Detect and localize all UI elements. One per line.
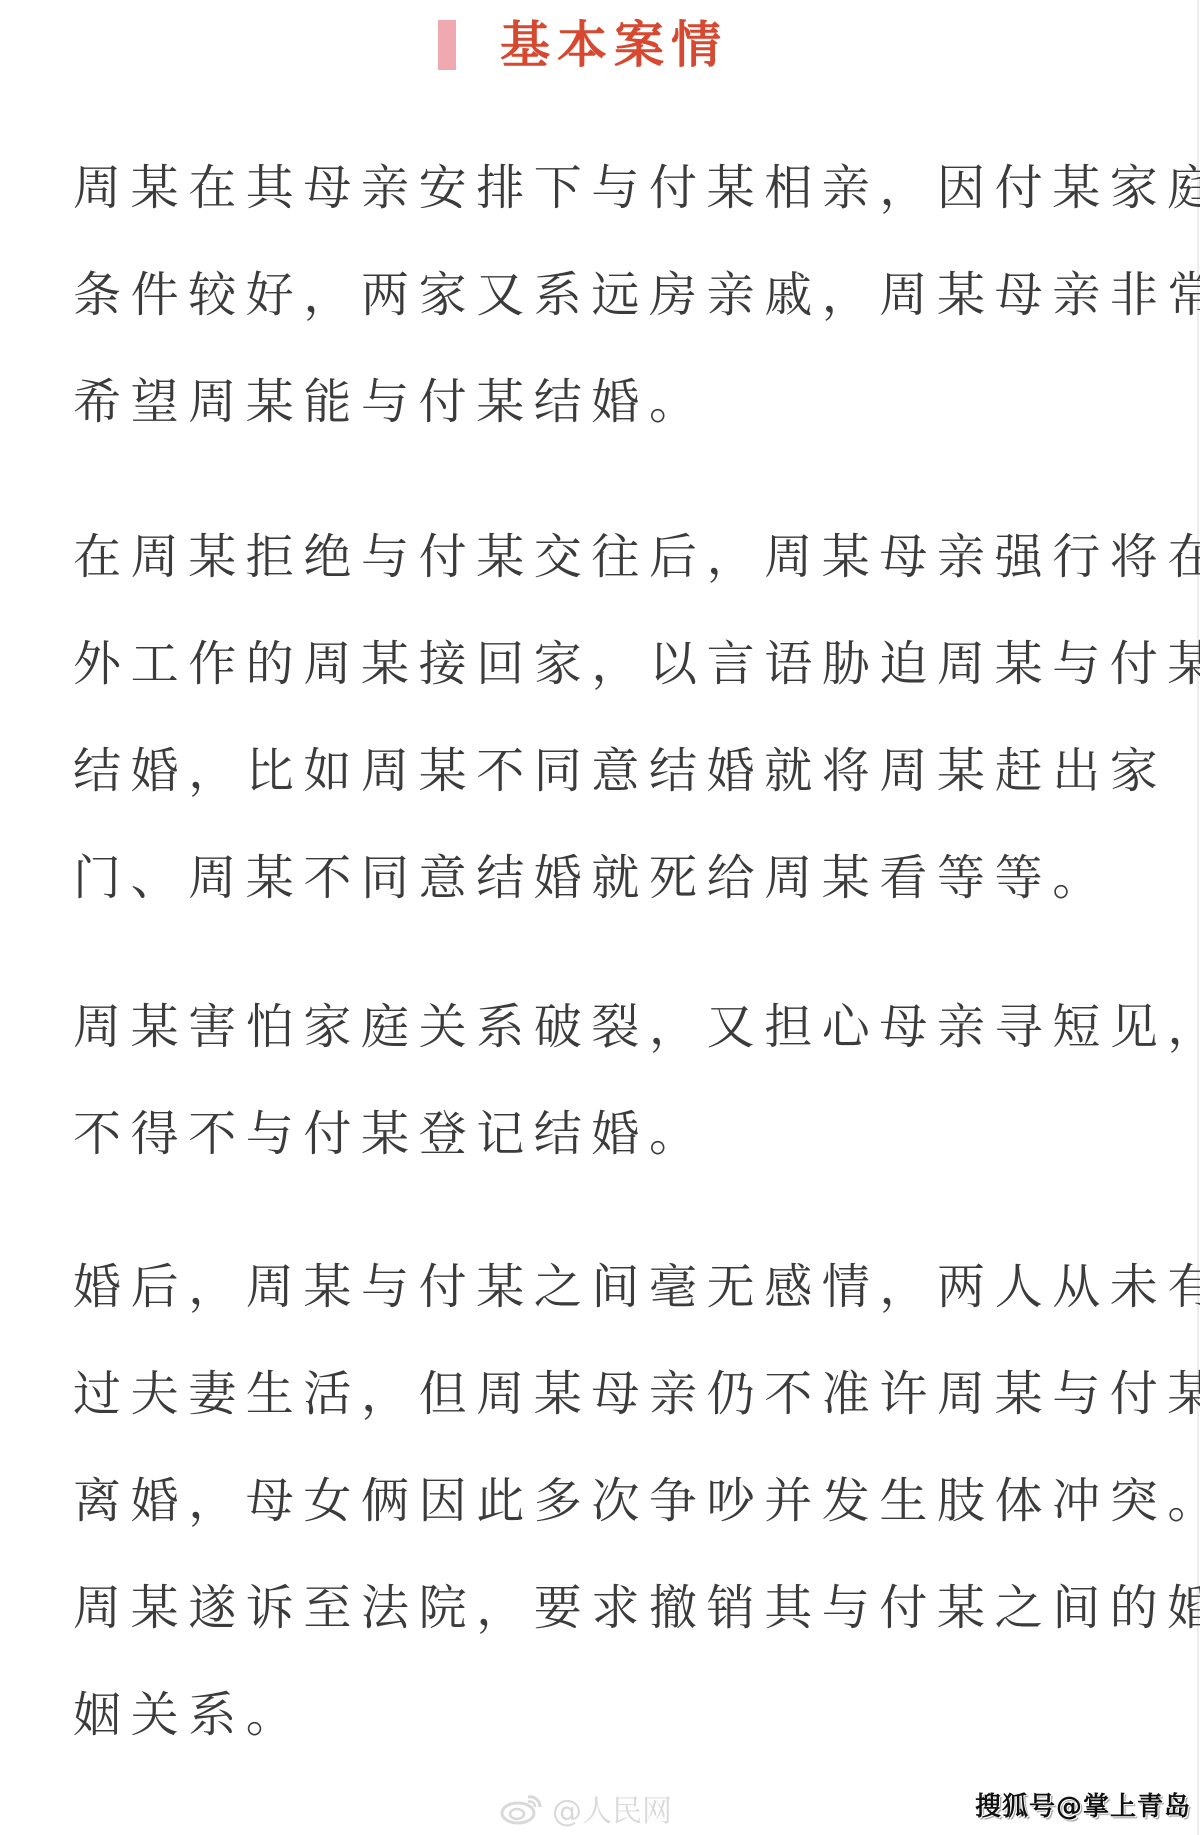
section-title: 基本案情 [500,10,728,80]
paragraph-1: 周某在其母亲安排下与付某相亲，因付某家庭 条件较好，两家又系远房亲戚，周某母亲非… [73,135,1183,456]
text-line: 条件较好，两家又系远房亲戚，周某母亲非常 [73,242,1183,349]
text-line: 外工作的周某接回家，以言语胁迫周某与付某 [73,611,1183,718]
text-line: 不得不与付某登记结婚。 [73,1081,1183,1188]
text-line: 周某害怕家庭关系破裂，又担心母亲寻短见， [73,974,1183,1081]
paragraph-2: 在周某拒绝与付某交往后，周某母亲强行将在 外工作的周某接回家，以言语胁迫周某与付… [73,504,1183,932]
paragraph-3: 周某害怕家庭关系破裂，又担心母亲寻短见， 不得不与付某登记结婚。 [73,974,1183,1188]
text-line: 结婚，比如周某不同意结婚就将周某赶出家 [73,718,1183,825]
title-accent-bar [438,20,456,70]
text-line: 周某在其母亲安排下与付某相亲，因付某家庭 [73,135,1183,242]
weibo-watermark: @人民网 [500,1790,672,1826]
text-line: 过夫妻生活，但周某母亲仍不准许周某与付某 [73,1341,1183,1448]
weibo-icon [500,1791,544,1825]
paragraph-4: 婚后，周某与付某之间毫无感情，两人从未有 过夫妻生活，但周某母亲仍不准许周某与付… [73,1234,1183,1769]
text-line: 婚后，周某与付某之间毫无感情，两人从未有 [73,1234,1183,1341]
weibo-watermark-text: @人民网 [552,1786,672,1830]
text-line: 离婚，母女俩因此多次争吵并发生肢体冲突。 [73,1448,1183,1555]
text-line: 在周某拒绝与付某交往后，周某母亲强行将在 [73,504,1183,611]
text-line: 周某遂诉至法院，要求撤销其与付某之间的婚 [73,1555,1183,1662]
text-line: 希望周某能与付某结婚。 [73,349,1183,456]
text-line: 门、周某不同意结婚就死给周某看等等。 [73,825,1183,932]
sohu-watermark: 搜狐号@掌上青岛 [975,1790,1191,1824]
text-line: 姻关系。 [73,1662,1183,1769]
